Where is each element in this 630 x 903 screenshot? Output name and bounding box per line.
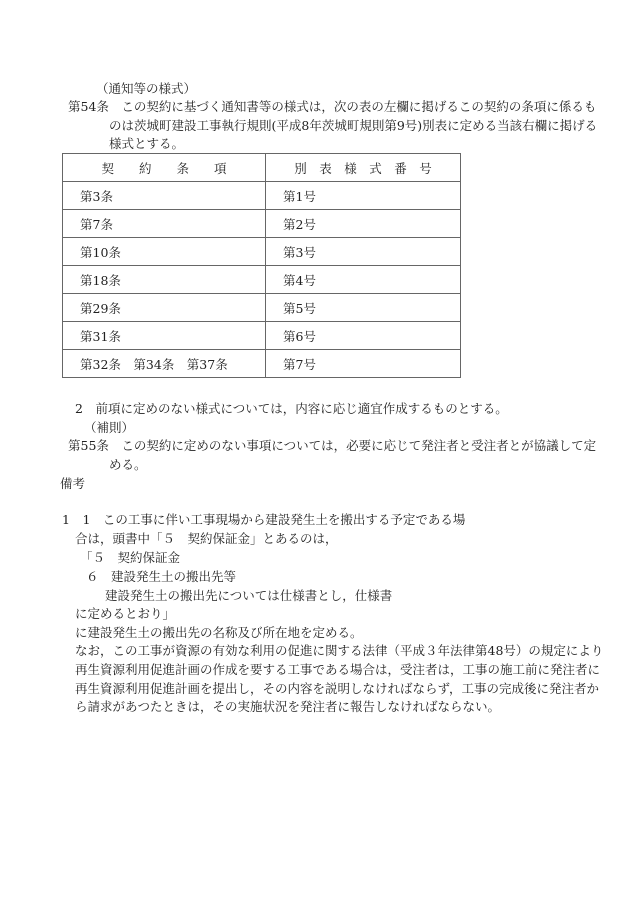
clause-form-table: 契 約 条 項 別 表 様 式 番 号 第3条 第1号 第7条 第2号 第10条… bbox=[62, 153, 461, 378]
article-54-heading: （通知等の様式） bbox=[96, 81, 196, 97]
remarks-line: 「５ 契約保証金 bbox=[80, 550, 180, 566]
form-number-cell: 第7号 bbox=[266, 350, 461, 378]
table-row: 第32条 第34条 第37条 第7号 bbox=[63, 350, 461, 378]
clause-cell: 第32条 第34条 第37条 bbox=[63, 350, 266, 378]
table-row: 第10条 第3号 bbox=[63, 238, 461, 266]
clause-cell: 第29条 bbox=[63, 294, 266, 322]
remarks-line: 建設発生土の搬出先については仕様書とし，仕様書 bbox=[105, 588, 392, 604]
article-54-line-2: のは茨城町建設工事執行規則(平成8年茨城町規則第9号)別表に定める当該右欄に掲げ… bbox=[109, 118, 597, 134]
article-54-paragraph-2: 2 前項に定めのない様式については，内容に応じ適宜作成するものとする。 bbox=[75, 401, 508, 417]
article-54-line-1: 第54条 この契約に基づく通知書等の様式は，次の表の左欄に掲げるこの契約の条項に… bbox=[68, 99, 596, 115]
article-54-line-3: 様式とする。 bbox=[109, 136, 184, 152]
form-number-cell: 第5号 bbox=[266, 294, 461, 322]
clause-cell: 第10条 bbox=[63, 238, 266, 266]
table-row: 第3条 第1号 bbox=[63, 182, 461, 210]
article-55-line-1: 第55条 この契約に定めのない事項については，必要に応じて発注者と受注者とが協議… bbox=[68, 438, 596, 454]
table-row: 第7条 第2号 bbox=[63, 210, 461, 238]
table-header-row: 契 約 条 項 別 表 様 式 番 号 bbox=[63, 154, 461, 182]
header-contract-clause: 契 約 条 項 bbox=[63, 154, 266, 182]
remarks-line: 再生資源利用促進計画を提出し，その内容を説明しなければならず，工事の完成後に発注… bbox=[75, 681, 599, 697]
header-form-number: 別 表 様 式 番 号 bbox=[266, 154, 461, 182]
form-number-cell: 第6号 bbox=[266, 322, 461, 350]
article-55-heading: （補則） bbox=[84, 420, 134, 436]
article-55-line-2: める。 bbox=[109, 457, 147, 473]
table-row: 第31条 第6号 bbox=[63, 322, 461, 350]
form-number-cell: 第2号 bbox=[266, 210, 461, 238]
remarks-line: に定めるとおり」 bbox=[75, 606, 175, 622]
remarks-line: ら請求があつたときは，その実施状況を発注者に報告しなければならない。 bbox=[75, 699, 500, 715]
form-number-cell: 第3号 bbox=[266, 238, 461, 266]
clause-cell: 第31条 bbox=[63, 322, 266, 350]
remarks-line: に建設発生土の搬出先の名称及び所在地を定める。 bbox=[75, 625, 363, 641]
remarks-line: 1 1 この工事に伴い工事現場から建設発生土を搬出する予定である場 bbox=[62, 512, 465, 528]
remarks-line: ６ 建設発生土の搬出先等 bbox=[86, 569, 236, 585]
clause-cell: 第7条 bbox=[63, 210, 266, 238]
remarks-line: なお，この工事が資源の有効な利用の促進に関する法律（平成３年法律第48号）の規定… bbox=[75, 643, 603, 659]
remarks-title: 備考 bbox=[60, 476, 85, 492]
form-number-cell: 第4号 bbox=[266, 266, 461, 294]
remarks-line: 合は，頭書中「５ 契約保証金」とあるのは， bbox=[75, 531, 338, 547]
clause-cell: 第18条 bbox=[63, 266, 266, 294]
form-number-cell: 第1号 bbox=[266, 182, 461, 210]
table-row: 第18条 第4号 bbox=[63, 266, 461, 294]
clause-cell: 第3条 bbox=[63, 182, 266, 210]
table-row: 第29条 第5号 bbox=[63, 294, 461, 322]
remarks-line: 再生資源利用促進計画の作成を要する工事である場合は，受注者は，工事の施工前に発注… bbox=[75, 662, 600, 678]
